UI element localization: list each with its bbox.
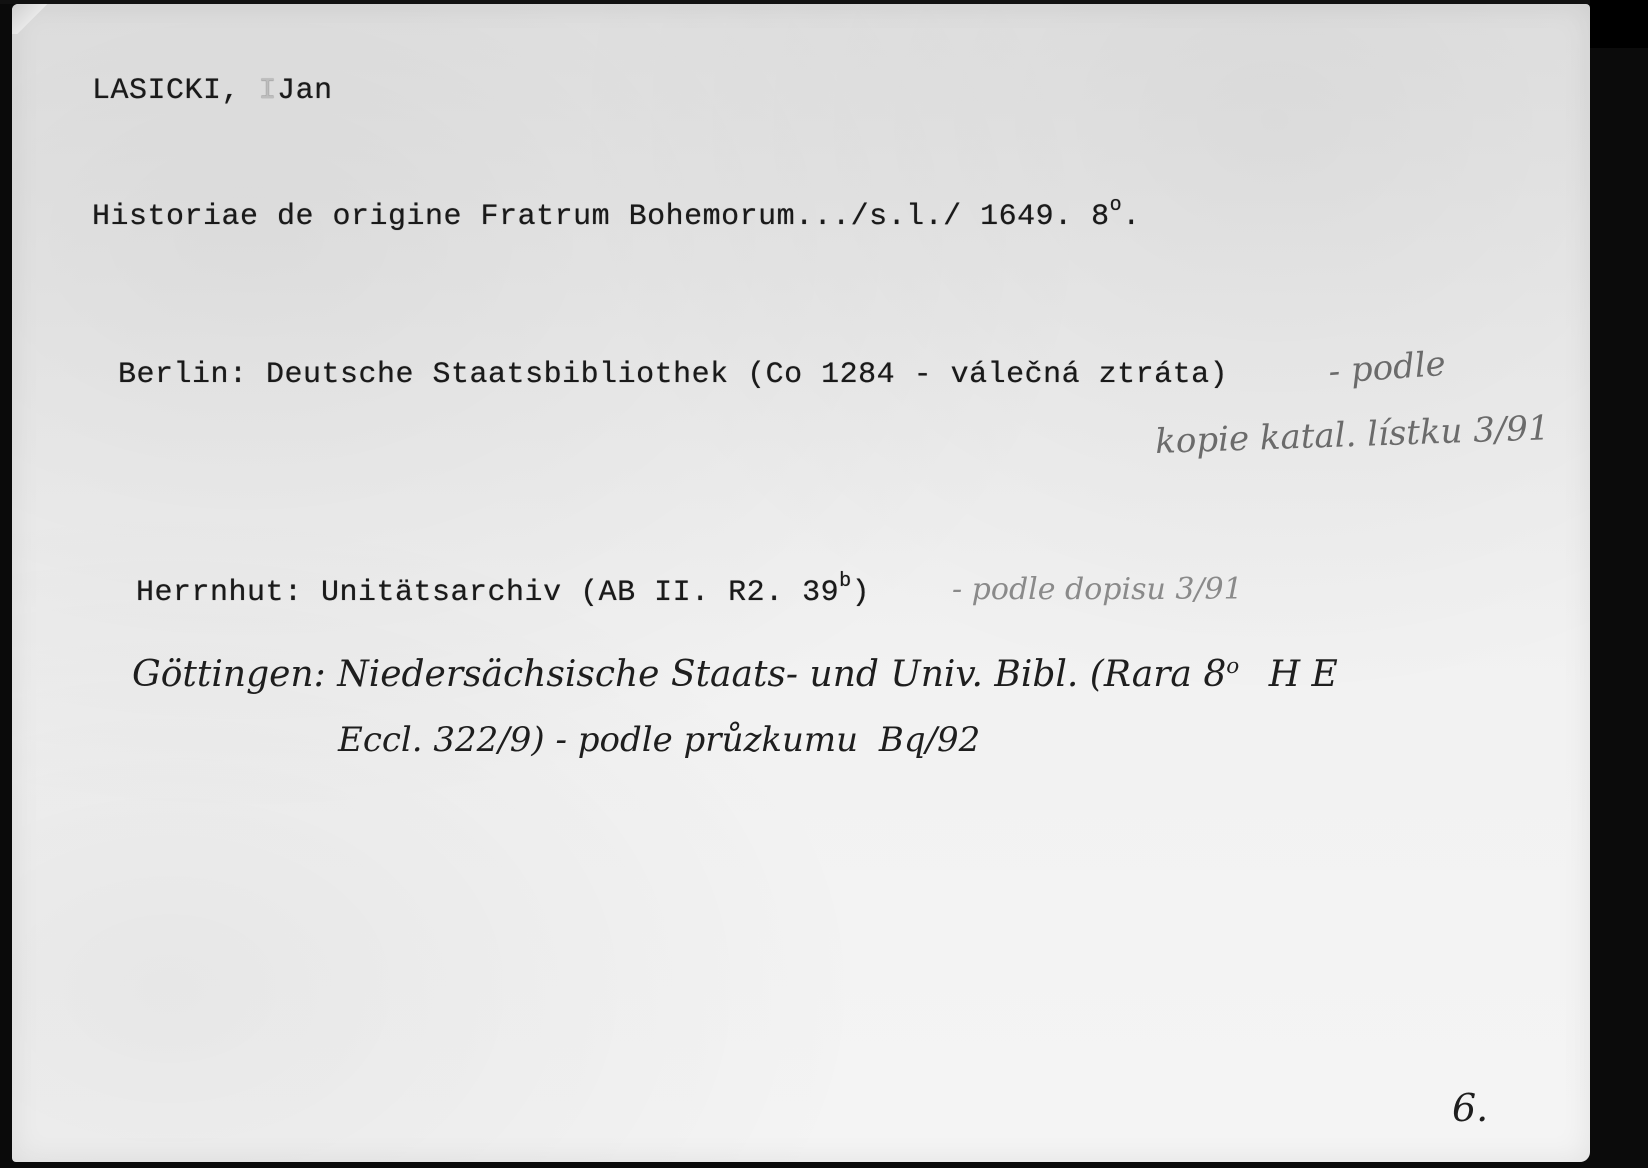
author-surname: LASICKI,	[92, 74, 240, 108]
holding-gottingen-date: Bq/92	[879, 720, 980, 760]
title-text: Historiae de origine Fratrum Bohemorum..…	[92, 200, 1110, 234]
holding-herrnhut: Herrnhut: Unitätsarchiv (AB II. R2. 39b)	[136, 576, 870, 610]
scan-border-tab	[1590, 0, 1648, 48]
holding-berlin-note-2: kopie katal. lístku 3/91	[1155, 408, 1551, 462]
holding-berlin-note-1: - podle	[1327, 344, 1447, 392]
holding-gottingen-line-1: Göttingen: Niedersächsische Staats- und …	[132, 654, 1338, 695]
holding-berlin-text: Berlin: Deutsche Staatsbibliothek (Co 12…	[118, 358, 1228, 392]
page-number: 6.	[1452, 1086, 1488, 1130]
holding-herrnhut-note: - podle dopisu 3/91	[952, 572, 1243, 607]
author-heading: LASICKI, IJan	[92, 74, 333, 108]
holding-gottingen-label: Göttingen:	[132, 654, 326, 695]
title-trailing: .	[1122, 200, 1141, 234]
format-superscript: o	[1110, 194, 1123, 217]
holding-gottingen-line-2: Eccl. 322/9) - podle průzkumu Bq/92	[338, 720, 980, 760]
holding-herrnhut-suffix: )	[852, 576, 871, 610]
holding-berlin: Berlin: Deutsche Staatsbibliothek (Co 12…	[118, 358, 1228, 392]
erased-mark: I	[259, 74, 278, 108]
scan-border-right	[1590, 0, 1648, 1168]
corner-fold	[12, 4, 52, 34]
catalog-card: LASICKI, IJan Historiae de origine Fratr…	[12, 4, 1590, 1162]
author-given-name: Jan	[277, 74, 333, 108]
holding-gottingen-sup: o	[1226, 654, 1239, 679]
title-line: Historiae de origine Fratrum Bohemorum..…	[92, 200, 1141, 234]
holding-gottingen-shelfmark-tail: H E	[1269, 654, 1338, 695]
holding-gottingen-shelfmark: Eccl. 322/9) - podle průzkumu	[338, 720, 858, 760]
holding-herrnhut-superscript: b	[839, 570, 852, 593]
holding-herrnhut-text: Herrnhut: Unitätsarchiv (AB II. R2. 39	[136, 576, 839, 610]
holding-gottingen-library: Niedersächsische Staats- und Univ. Bibl.…	[337, 654, 1226, 695]
